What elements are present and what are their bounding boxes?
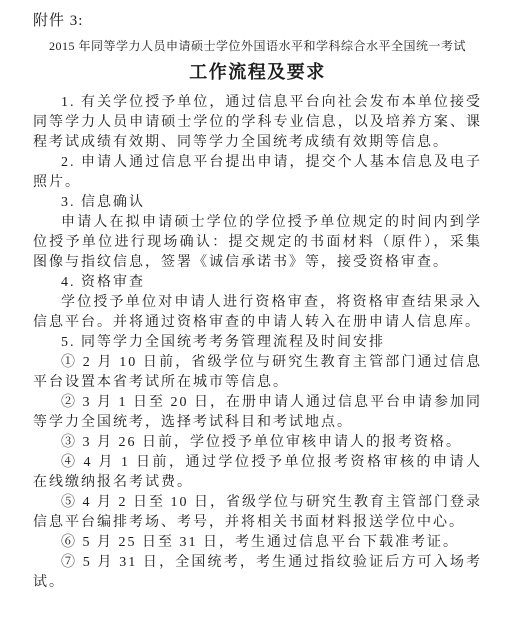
step-6: ⑥ 5 月 25 日至 31 日，考生通过信息平台下载准考证。: [33, 533, 482, 553]
page-title: 工作流程及要求: [33, 60, 482, 84]
step-3: ③ 3 月 26 日前，学位授予单位审核申请人的报考资格。: [33, 433, 482, 453]
section-heading-4: 4. 资格审查: [33, 273, 482, 293]
step-2: ② 3 月 1 日至 20 日，在册申请人通过信息平台申请参加同等学力全国统考，…: [33, 393, 482, 433]
paragraph-4-body: 学位授予单位对申请人进行资格审查，将资格审查结果录入信息平台。并将通过资格审查的…: [33, 293, 482, 333]
attachment-label: 附件 3:: [33, 12, 482, 30]
step-7: ⑦ 5 月 31 日，全国统考，考生通过指纹验证后方可入场考试。: [33, 553, 482, 593]
section-heading-3: 3. 信息确认: [33, 193, 482, 213]
document-subtitle: 2015 年同等学力人员申请硕士学位外国语水平和学科综合水平全国统一考试: [33, 39, 482, 54]
document-page: 附件 3: 2015 年同等学力人员申请硕士学位外国语水平和学科综合水平全国统一…: [0, 0, 514, 621]
paragraph-3-body: 申请人在拟申请硕士学位的学位授予单位规定的时间内到学位授予单位进行现场确认：提交…: [33, 213, 482, 273]
section-heading-5: 5. 同等学力全国统考考务管理流程及时间安排: [33, 333, 482, 353]
step-4: ④ 4 月 1 日前，通过学位授予单位报考资格审核的申请人在线缴纳报名考试费。: [33, 453, 482, 493]
paragraph-2: 2. 申请人通过信息平台提出申请，提交个人基本信息及电子照片。: [33, 153, 482, 193]
step-1: ① 2 月 10 日前，省级学位与研究生教育主管部门通过信息平台设置本省考试所在…: [33, 353, 482, 393]
paragraph-1: 1. 有关学位授予单位，通过信息平台向社会发布本单位接受同等学力人员申请硕士学位…: [33, 93, 482, 153]
step-5: ⑤ 4 月 2 日至 10 日，省级学位与研究生教育主管部门登录信息平台编排考场…: [33, 493, 482, 533]
document-body: 1. 有关学位授予单位，通过信息平台向社会发布本单位接受同等学力人员申请硕士学位…: [33, 93, 482, 593]
